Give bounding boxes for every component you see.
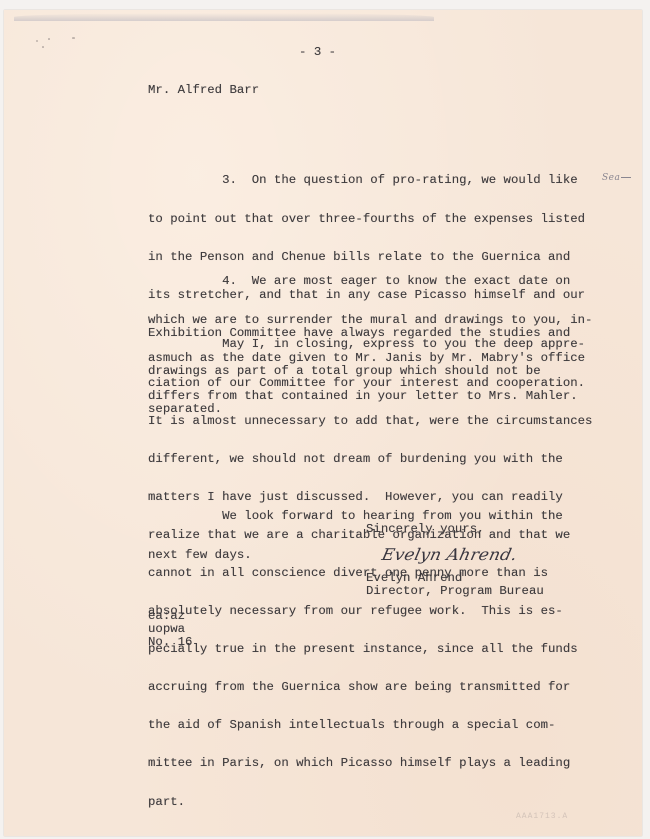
signer-title: Director, Program Bureau — [366, 585, 544, 598]
text-line: mittee in Paris, on which Picasso himsel… — [148, 757, 592, 770]
letter-page: - 3 - Mr. Alfred Barr 3. On the question… — [4, 10, 642, 836]
recipient-line: Mr. Alfred Barr — [148, 84, 259, 97]
text-line: pecially true in the present instance, s… — [148, 643, 592, 656]
text-line: to point out that over three-fourths of … — [148, 213, 585, 226]
text-line: the aid of Spanish intellectuals through… — [148, 719, 592, 732]
text-line: part. — [148, 796, 592, 809]
paper-curled-edge — [14, 13, 434, 21]
text-line: absolutely necessary from our refugee wo… — [148, 605, 592, 618]
margin-annotation: Sea — [602, 173, 631, 183]
reference-initials: ea:az — [148, 610, 185, 623]
text-line: 4. We are most eager to know the exact d… — [148, 275, 592, 288]
signer-name: Evelyn Ahrend — [366, 572, 462, 585]
text-line: different, we should not dream of burden… — [148, 453, 592, 466]
text-line: May I, in closing, express to you the de… — [148, 338, 592, 351]
archive-stamp: AAA1713.A — [516, 812, 568, 821]
text-line: ciation of our Committee for your intere… — [148, 377, 592, 390]
text-line: It is almost unnecessary to add that, we… — [148, 415, 592, 428]
complimentary-close: Sincerely yours, — [366, 523, 485, 536]
paper-specks — [34, 38, 84, 48]
text-line: accruing from the Guernica show are bein… — [148, 681, 592, 694]
reference-number: No. 16 — [148, 636, 192, 649]
text-line: We look forward to hearing from you with… — [148, 510, 563, 523]
page-number: - 3 - — [299, 46, 336, 59]
reference-union: uopwa — [148, 623, 185, 636]
paragraph-final: We look forward to hearing from you with… — [148, 485, 563, 587]
handwritten-signature: Evelyn Ahrend. — [380, 546, 519, 565]
text-line: 3. On the question of pro-rating, we wou… — [148, 174, 585, 187]
